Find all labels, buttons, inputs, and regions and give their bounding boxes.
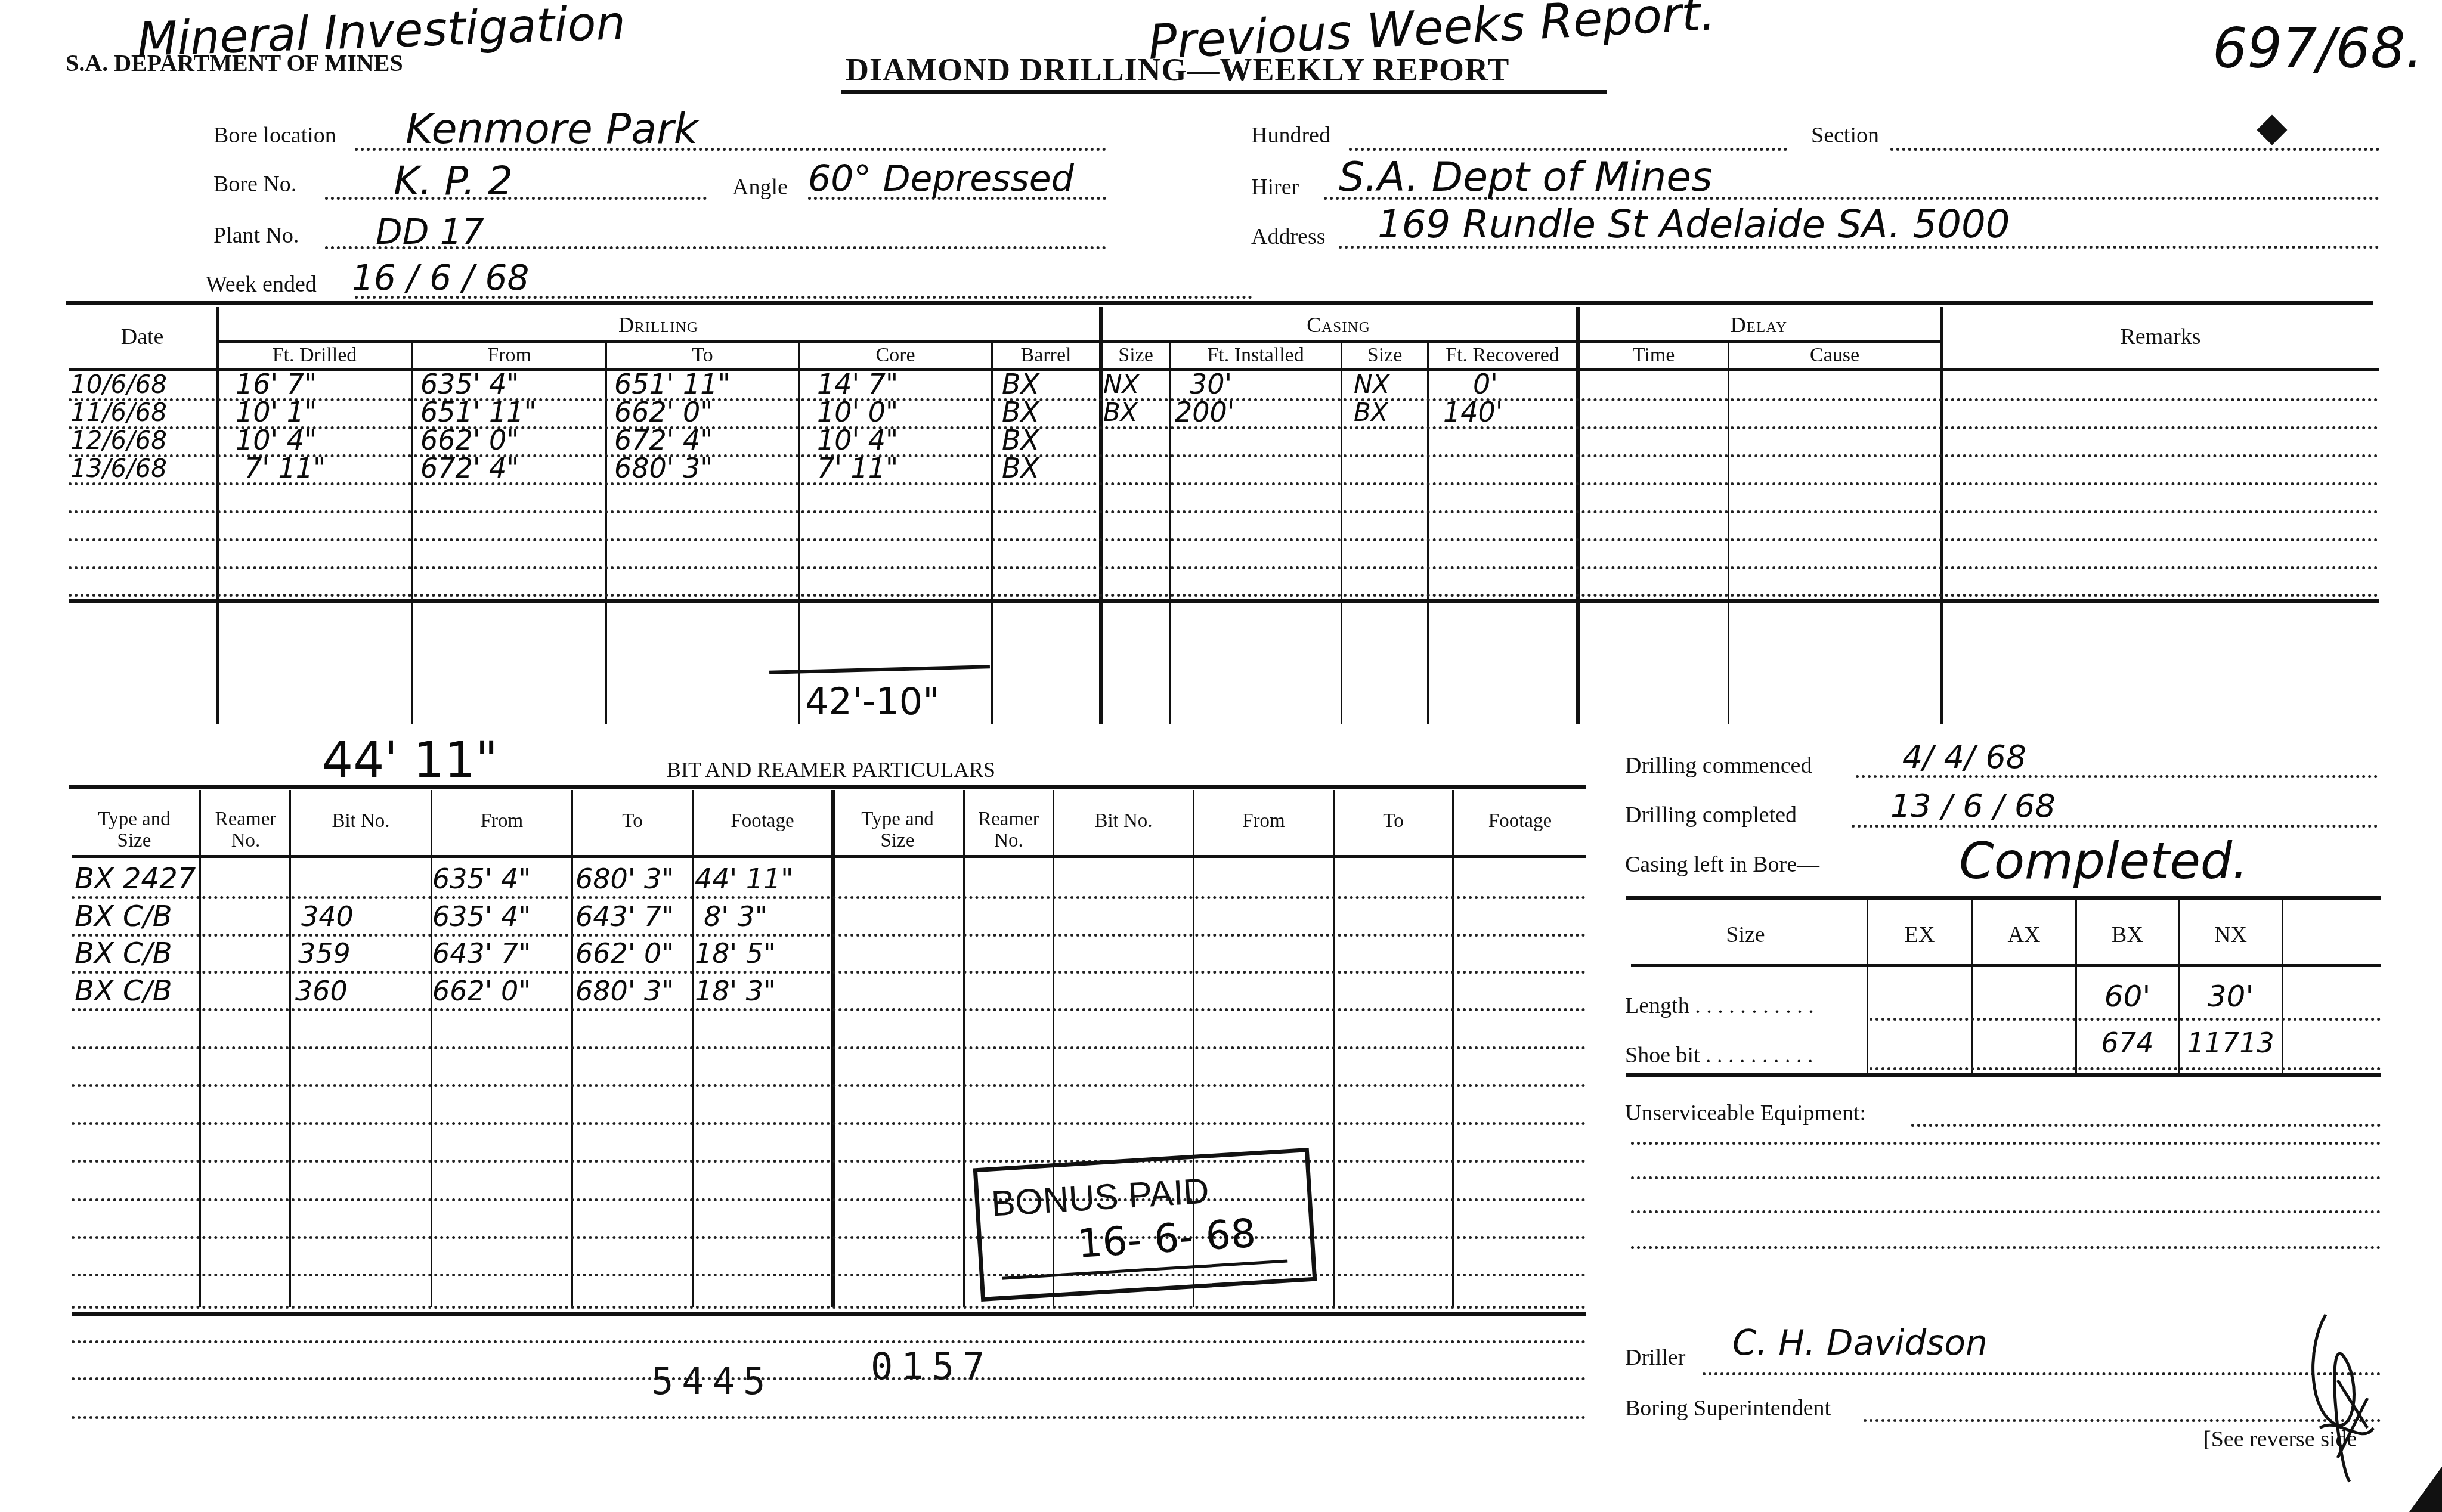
bit-cell-footage[interactable]: 8' 3" <box>704 899 829 934</box>
drilling-commenced-value[interactable]: 4/ 4/ 68 <box>1902 738 2026 776</box>
cell-ft-installed[interactable]: 200' <box>1175 398 1324 426</box>
shoe-bit-nx[interactable]: 11713 <box>2180 1024 2282 1061</box>
group-header-casing: Casing <box>1101 310 1576 340</box>
cell-barrel[interactable]: BX <box>1002 426 1097 454</box>
column-header-core: Core <box>800 343 991 368</box>
see-reverse-side-note: [See reverse side <box>2203 1426 2357 1452</box>
stamp-line2: 16- 6- 68 <box>1076 1210 1257 1267</box>
cell-casing-size[interactable]: BX <box>1103 398 1169 426</box>
bit-header-bit-no-2: Bit No. <box>1054 806 1193 836</box>
column-header-delay-time: Time <box>1580 343 1728 368</box>
file-number: 697/68. <box>2212 17 2423 80</box>
footage-total-annotation: 44' 11" <box>322 732 498 789</box>
bonus-paid-stamp: BONUS PAID 16- 6- 68 <box>973 1148 1317 1302</box>
cell-recovered-size[interactable]: NX <box>1354 370 1425 398</box>
cell-barrel[interactable]: BX <box>1002 398 1097 426</box>
bit-cell-type-size[interactable]: BX C/B <box>75 899 197 934</box>
cell-date[interactable]: 12/6/68 <box>70 426 213 454</box>
casing-left-label: Casing left in Bore— <box>1625 851 1819 878</box>
column-header-remarks: Remarks <box>1942 307 2379 367</box>
superintendent-signature-icon <box>2302 1309 2385 1488</box>
title-underline <box>841 90 1607 94</box>
casing-header-ax: AX <box>1973 906 2075 963</box>
bit-cell-footage[interactable]: 18' 5" <box>695 936 829 971</box>
cell-date[interactable]: 10/6/68 <box>70 370 213 398</box>
column-header-ft-drilled: Ft. Drilled <box>218 343 411 368</box>
bit-cell-to[interactable]: 643' 7" <box>575 899 692 934</box>
cell-casing-size[interactable]: NX <box>1103 370 1169 398</box>
header-divider <box>66 301 2373 305</box>
bit-header-to: To <box>573 806 692 836</box>
bit-header-reamer-no: Reamer No. <box>204 806 287 854</box>
length-label: Length . . . . . . . . . . . <box>1625 993 1814 1019</box>
bit-cell-from[interactable]: 635' 4" <box>432 862 570 896</box>
department-name: S.A. DEPARTMENT OF MINES <box>66 49 403 77</box>
drilling-completed-value[interactable]: 13 / 6 / 68 <box>1890 787 2056 825</box>
core-total: 42'-10" <box>805 680 940 723</box>
cell-date[interactable]: 11/6/68 <box>70 398 213 426</box>
casing-left-value[interactable]: Completed. <box>1959 832 2248 890</box>
cell-to[interactable]: 651' 11" <box>614 370 793 398</box>
column-header-barrel: Barrel <box>993 343 1099 368</box>
bore-no-value[interactable]: K. P. 2 <box>394 158 513 204</box>
bit-header-footage-2: Footage <box>1454 806 1586 836</box>
cell-barrel[interactable]: BX <box>1002 370 1097 398</box>
plant-no-value[interactable]: DD 17 <box>376 212 484 252</box>
bit-header-from-2: From <box>1194 806 1333 836</box>
column-header-ft-recovered: Ft. Recovered <box>1429 343 1576 368</box>
bit-header-footage: Footage <box>694 806 831 836</box>
cell-ft-drilled[interactable]: 16' 7" <box>236 370 408 398</box>
hundred-label: Hundred <box>1251 122 1330 148</box>
cell-from[interactable]: 651' 11" <box>420 398 599 426</box>
shoe-bit-label: Shoe bit . . . . . . . . . . <box>1625 1042 1813 1068</box>
column-header-date: Date <box>69 307 216 367</box>
casing-header-nx: NX <box>2180 906 2282 963</box>
bit-header-from: From <box>432 806 571 836</box>
bit-cell-type-size[interactable]: BX C/B <box>75 936 197 971</box>
bit-cell-bit-no[interactable]: 360 <box>295 974 420 1008</box>
cell-ft-drilled[interactable]: 7' 11" <box>244 454 411 482</box>
bit-header-type-size: Type and Size <box>83 806 185 854</box>
bit-cell-footage[interactable]: 18' 3" <box>695 974 829 1008</box>
bit-cell-bit-no[interactable]: 340 <box>301 899 426 934</box>
column-header-casing-size: Size <box>1103 343 1169 368</box>
bit-cell-from[interactable]: 643' 7" <box>432 936 570 971</box>
reference-number-1: 5445 <box>651 1359 773 1403</box>
page-title: DIAMOND DRILLING—WEEKLY REPORT <box>846 51 1509 88</box>
cell-ft-installed[interactable]: 30' <box>1190 370 1339 398</box>
group-header-drilling: Drilling <box>218 310 1099 340</box>
casing-header-size: Size <box>1626 906 1865 963</box>
reference-number-2: 0157 <box>871 1344 993 1388</box>
driller-label: Driller <box>1625 1344 1685 1371</box>
bit-header-type-size-2: Type and Size <box>847 806 948 854</box>
driller-signature[interactable]: C. H. Davidson <box>1732 1322 1988 1363</box>
bit-section-title: BIT AND REAMER PARTICULARS <box>667 757 995 782</box>
core-total-underline <box>769 665 990 674</box>
column-header-to: To <box>607 343 798 368</box>
plant-no-label: Plant No. <box>213 222 299 249</box>
column-header-delay-cause: Cause <box>1729 343 1940 368</box>
column-header-from: From <box>413 343 605 368</box>
cell-to[interactable]: 662' 0" <box>614 398 793 426</box>
group-header-delay: Delay <box>1578 310 1940 340</box>
shoe-bit-bx[interactable]: 674 <box>2077 1024 2178 1061</box>
bit-cell-type-size[interactable]: BX C/B <box>75 974 197 1008</box>
cell-ft-recovered[interactable]: 0' <box>1473 370 1574 398</box>
angle-value[interactable]: 60° Depressed <box>808 158 1074 200</box>
bore-no-label: Bore No. <box>213 171 296 197</box>
boring-superintendent-label: Boring Superintendent <box>1625 1395 1831 1421</box>
cell-core[interactable]: 10' 4" <box>817 426 990 454</box>
bit-cell-type-size[interactable]: BX 2427 <box>75 862 280 896</box>
cell-ft-recovered[interactable]: 140' <box>1443 398 1562 426</box>
diamond-mark-icon <box>2257 115 2288 145</box>
section-label: Section <box>1811 122 1879 148</box>
column-header-recovered-size: Size <box>1342 343 1427 368</box>
bit-cell-bit-no[interactable]: 359 <box>298 936 423 971</box>
casing-header-ex: EX <box>1868 906 1971 963</box>
hirer-label: Hirer <box>1251 174 1299 200</box>
unserviceable-equipment-label: Unserviceable Equipment: <box>1625 1100 1866 1126</box>
cell-to[interactable]: 672' 4" <box>614 426 793 454</box>
cell-from[interactable]: 672' 4" <box>420 454 599 482</box>
cell-ft-drilled[interactable]: 10' 4" <box>236 426 408 454</box>
drilling-completed-label: Drilling completed <box>1625 802 1797 828</box>
cell-date[interactable]: 13/6/68 <box>70 454 213 482</box>
cell-ft-drilled[interactable]: 10' 1" <box>236 398 408 426</box>
cell-barrel[interactable]: BX <box>1002 454 1097 482</box>
cell-core[interactable]: 10' 0" <box>817 398 990 426</box>
bit-header-reamer-no-2: Reamer No. <box>965 806 1053 854</box>
cell-core[interactable]: 14' 7" <box>817 370 990 398</box>
hirer-value[interactable]: S.A. Dept of Mines <box>1339 154 1713 201</box>
length-bx[interactable]: 60' <box>2077 978 2178 1015</box>
week-ended-label: Week ended <box>206 271 317 298</box>
cell-core[interactable]: 7' 11" <box>817 454 990 482</box>
bit-cell-to[interactable]: 680' 3" <box>575 974 692 1008</box>
bit-cell-footage[interactable]: 44' 11" <box>695 862 829 896</box>
angle-label: Angle <box>732 174 788 200</box>
address-value[interactable]: 169 Rundle St Adelaide SA. 5000 <box>1378 203 2010 247</box>
cell-from[interactable]: 662' 0" <box>420 426 599 454</box>
bit-cell-to[interactable]: 680' 3" <box>575 862 692 896</box>
length-nx[interactable]: 30' <box>2180 978 2282 1015</box>
casing-header-bx: BX <box>2077 906 2178 963</box>
bore-location-label: Bore location <box>213 122 336 148</box>
column-header-ft-installed: Ft. Installed <box>1171 343 1341 368</box>
cell-from[interactable]: 635' 4" <box>420 370 599 398</box>
cell-to[interactable]: 680' 3" <box>614 454 793 482</box>
bit-header-bit-no: Bit No. <box>291 806 431 836</box>
bit-cell-from[interactable]: 635' 4" <box>432 899 570 934</box>
drilling-commenced-label: Drilling commenced <box>1625 752 1812 779</box>
bore-location-value[interactable]: Kenmore Park <box>406 104 698 153</box>
page-corner-mark <box>2409 1467 2442 1512</box>
bit-cell-from[interactable]: 662' 0" <box>432 974 570 1008</box>
cell-recovered-size[interactable]: BX <box>1354 398 1425 426</box>
week-ended-value[interactable]: 16 / 6 / 68 <box>352 258 529 298</box>
address-label: Address <box>1251 224 1326 250</box>
bit-header-to-2: To <box>1335 806 1452 836</box>
bit-cell-to[interactable]: 662' 0" <box>575 936 692 971</box>
